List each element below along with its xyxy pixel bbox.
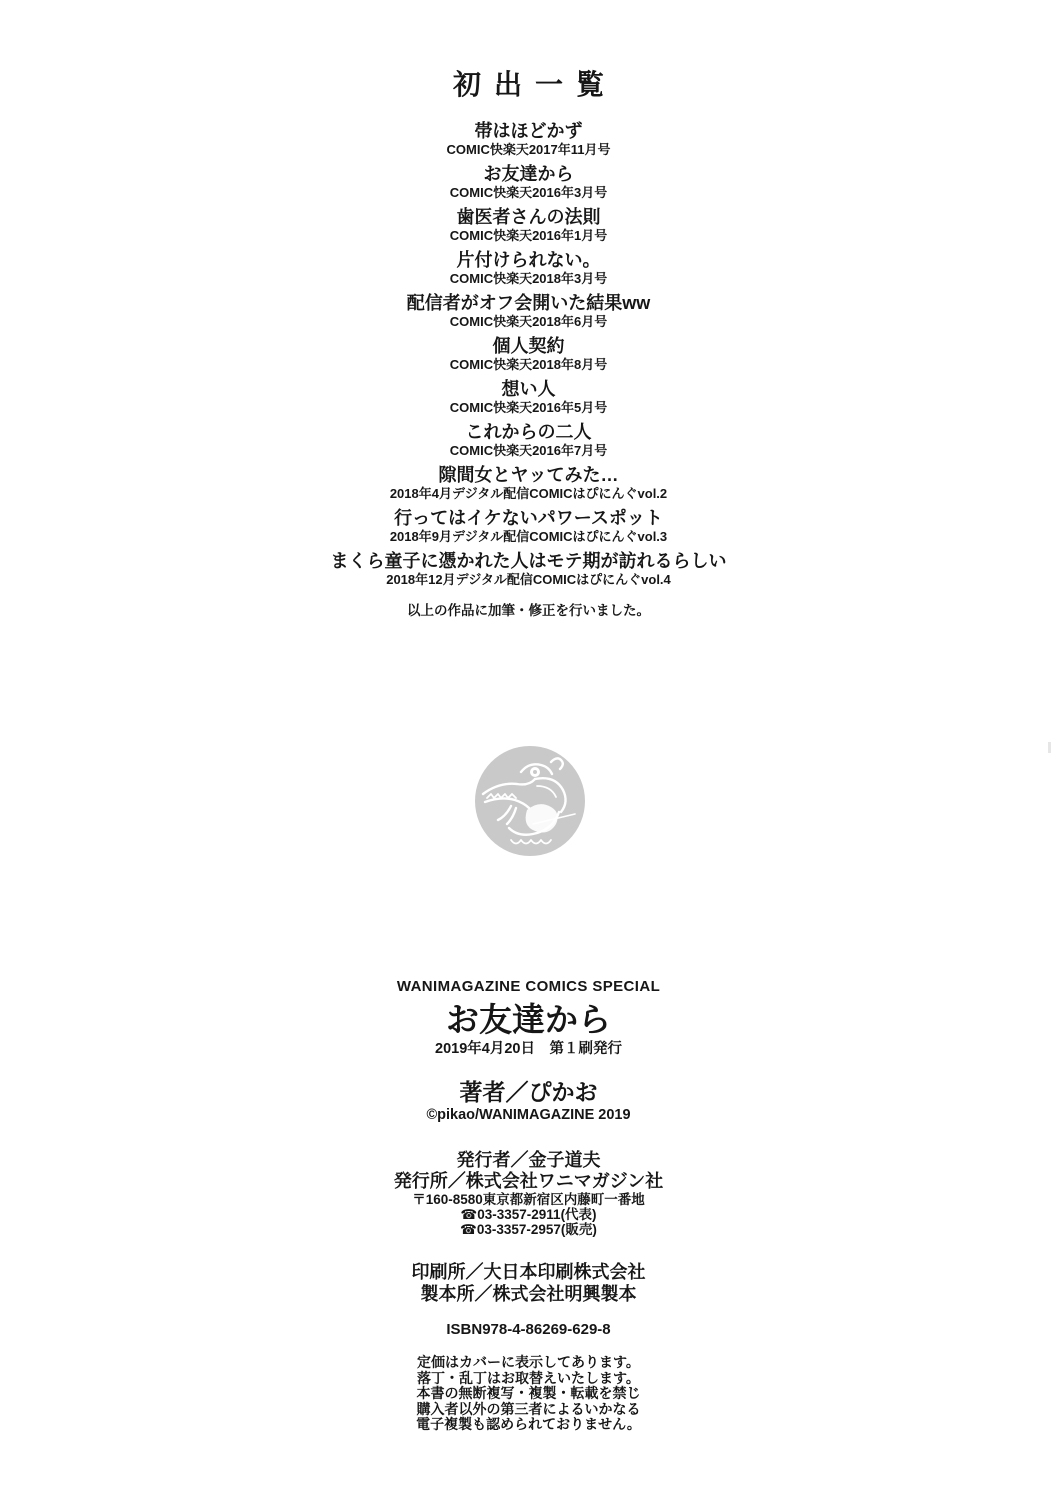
work-title: まくら童子に憑かれた人はモテ期が訪れるらしい: [0, 551, 1057, 572]
author-line: 著者／ぴかお: [0, 1078, 1057, 1106]
list-item: まくら童子に憑かれた人はモテ期が訪れるらしい 2018年12月デジタル配信COM…: [0, 551, 1057, 588]
edition-date: 2019年4月20日 第１刷発行: [0, 1040, 1057, 1058]
first-publication-list: 帯はほどかず COMIC快楽天2017年11月号 お友達から COMIC快楽天2…: [0, 121, 1057, 594]
list-item: 行ってはイケないパワースポット 2018年9月デジタル配信COMICはぴにんぐv…: [0, 508, 1057, 545]
work-source: 2018年4月デジタル配信COMICはぴにんぐvol.2: [0, 486, 1057, 502]
first-publication-heading: 初出一覧: [0, 66, 1057, 104]
work-title: これからの二人: [0, 422, 1057, 443]
publisher-company-line: 発行所／株式会社ワニマガジン社: [0, 1171, 1057, 1192]
colophon-block: WANIMAGAZINE COMICS SPECIAL お友達から 2019年4…: [0, 978, 1057, 1433]
phone-sales: ☎03-3357-2957(販売): [0, 1222, 1057, 1237]
list-item: 想い人 COMIC快楽天2016年5月号: [0, 379, 1057, 416]
scan-edge-artifact: [1048, 742, 1051, 753]
list-item: 片付けられない。 COMIC快楽天2018年3月号: [0, 250, 1057, 287]
wanimagazine-crocodile-logo-icon: [471, 742, 589, 860]
isbn-number: ISBN978-4-86269-629-8: [0, 1321, 1057, 1339]
work-source: COMIC快楽天2016年3月号: [0, 185, 1057, 201]
work-source: COMIC快楽天2018年8月号: [0, 357, 1057, 373]
phone-main: ☎03-3357-2911(代表): [0, 1207, 1057, 1222]
work-title: 行ってはイケないパワースポット: [0, 508, 1057, 529]
work-source: COMIC快楽天2018年6月号: [0, 314, 1057, 330]
legal-notices: 定価はカバーに表示してあります。落丁・乱丁はお取替えいたします。本書の無断複写・…: [0, 1355, 1057, 1433]
work-title: 隙間女とヤッてみた…: [0, 465, 1057, 486]
list-item: 個人契約 COMIC快楽天2018年8月号: [0, 336, 1057, 373]
work-source: COMIC快楽天2016年5月号: [0, 400, 1057, 416]
list-item: 隙間女とヤッてみた… 2018年4月デジタル配信COMICはぴにんぐvol.2: [0, 465, 1057, 502]
copyright-line: ©pikao/WANIMAGAZINE 2019: [0, 1106, 1057, 1124]
revision-note: 以上の作品に加筆・修正を行いました。: [0, 602, 1057, 619]
notice-line: 電子複製も認められておりません。: [0, 1417, 1057, 1433]
book-title: お友達から: [0, 1000, 1057, 1040]
work-source: COMIC快楽天2017年11月号: [0, 142, 1057, 158]
work-title: 個人契約: [0, 336, 1057, 357]
colophon-page: 初出一覧 帯はほどかず COMIC快楽天2017年11月号 お友達から COMI…: [0, 0, 1057, 1500]
list-item: お友達から COMIC快楽天2016年3月号: [0, 164, 1057, 201]
series-label: WANIMAGAZINE COMICS SPECIAL: [0, 978, 1057, 996]
publisher-person-line: 発行者／金子道夫: [0, 1150, 1057, 1171]
work-title: 帯はほどかず: [0, 121, 1057, 142]
work-title: 想い人: [0, 379, 1057, 400]
work-source: 2018年9月デジタル配信COMICはぴにんぐvol.3: [0, 529, 1057, 545]
work-title: 歯医者さんの法則: [0, 207, 1057, 228]
notice-line: 落丁・乱丁はお取替えいたします。: [0, 1371, 1057, 1387]
work-title: 配信者がオフ会開いた結果ww: [0, 293, 1057, 314]
work-title: お友達から: [0, 164, 1057, 185]
work-source: COMIC快楽天2018年3月号: [0, 271, 1057, 287]
notice-line: 本書の無断複写・複製・転載を禁じ: [0, 1386, 1057, 1402]
work-title: 片付けられない。: [0, 250, 1057, 271]
work-source: COMIC快楽天2016年1月号: [0, 228, 1057, 244]
work-source: 2018年12月デジタル配信COMICはぴにんぐvol.4: [0, 572, 1057, 588]
list-item: 配信者がオフ会開いた結果ww COMIC快楽天2018年6月号: [0, 293, 1057, 330]
list-item: 帯はほどかず COMIC快楽天2017年11月号: [0, 121, 1057, 158]
list-item: これからの二人 COMIC快楽天2016年7月号: [0, 422, 1057, 459]
publisher-address: 〒160-8580東京都新宿区内藤町一番地: [0, 1192, 1057, 1207]
notice-line: 購入者以外の第三者によるいかなる: [0, 1402, 1057, 1418]
work-source: COMIC快楽天2016年7月号: [0, 443, 1057, 459]
notice-line: 定価はカバーに表示してあります。: [0, 1355, 1057, 1371]
printer-line: 印刷所／大日本印刷株式会社: [0, 1261, 1057, 1283]
list-item: 歯医者さんの法則 COMIC快楽天2016年1月号: [0, 207, 1057, 244]
bindery-line: 製本所／株式会社明興製本: [0, 1283, 1057, 1305]
